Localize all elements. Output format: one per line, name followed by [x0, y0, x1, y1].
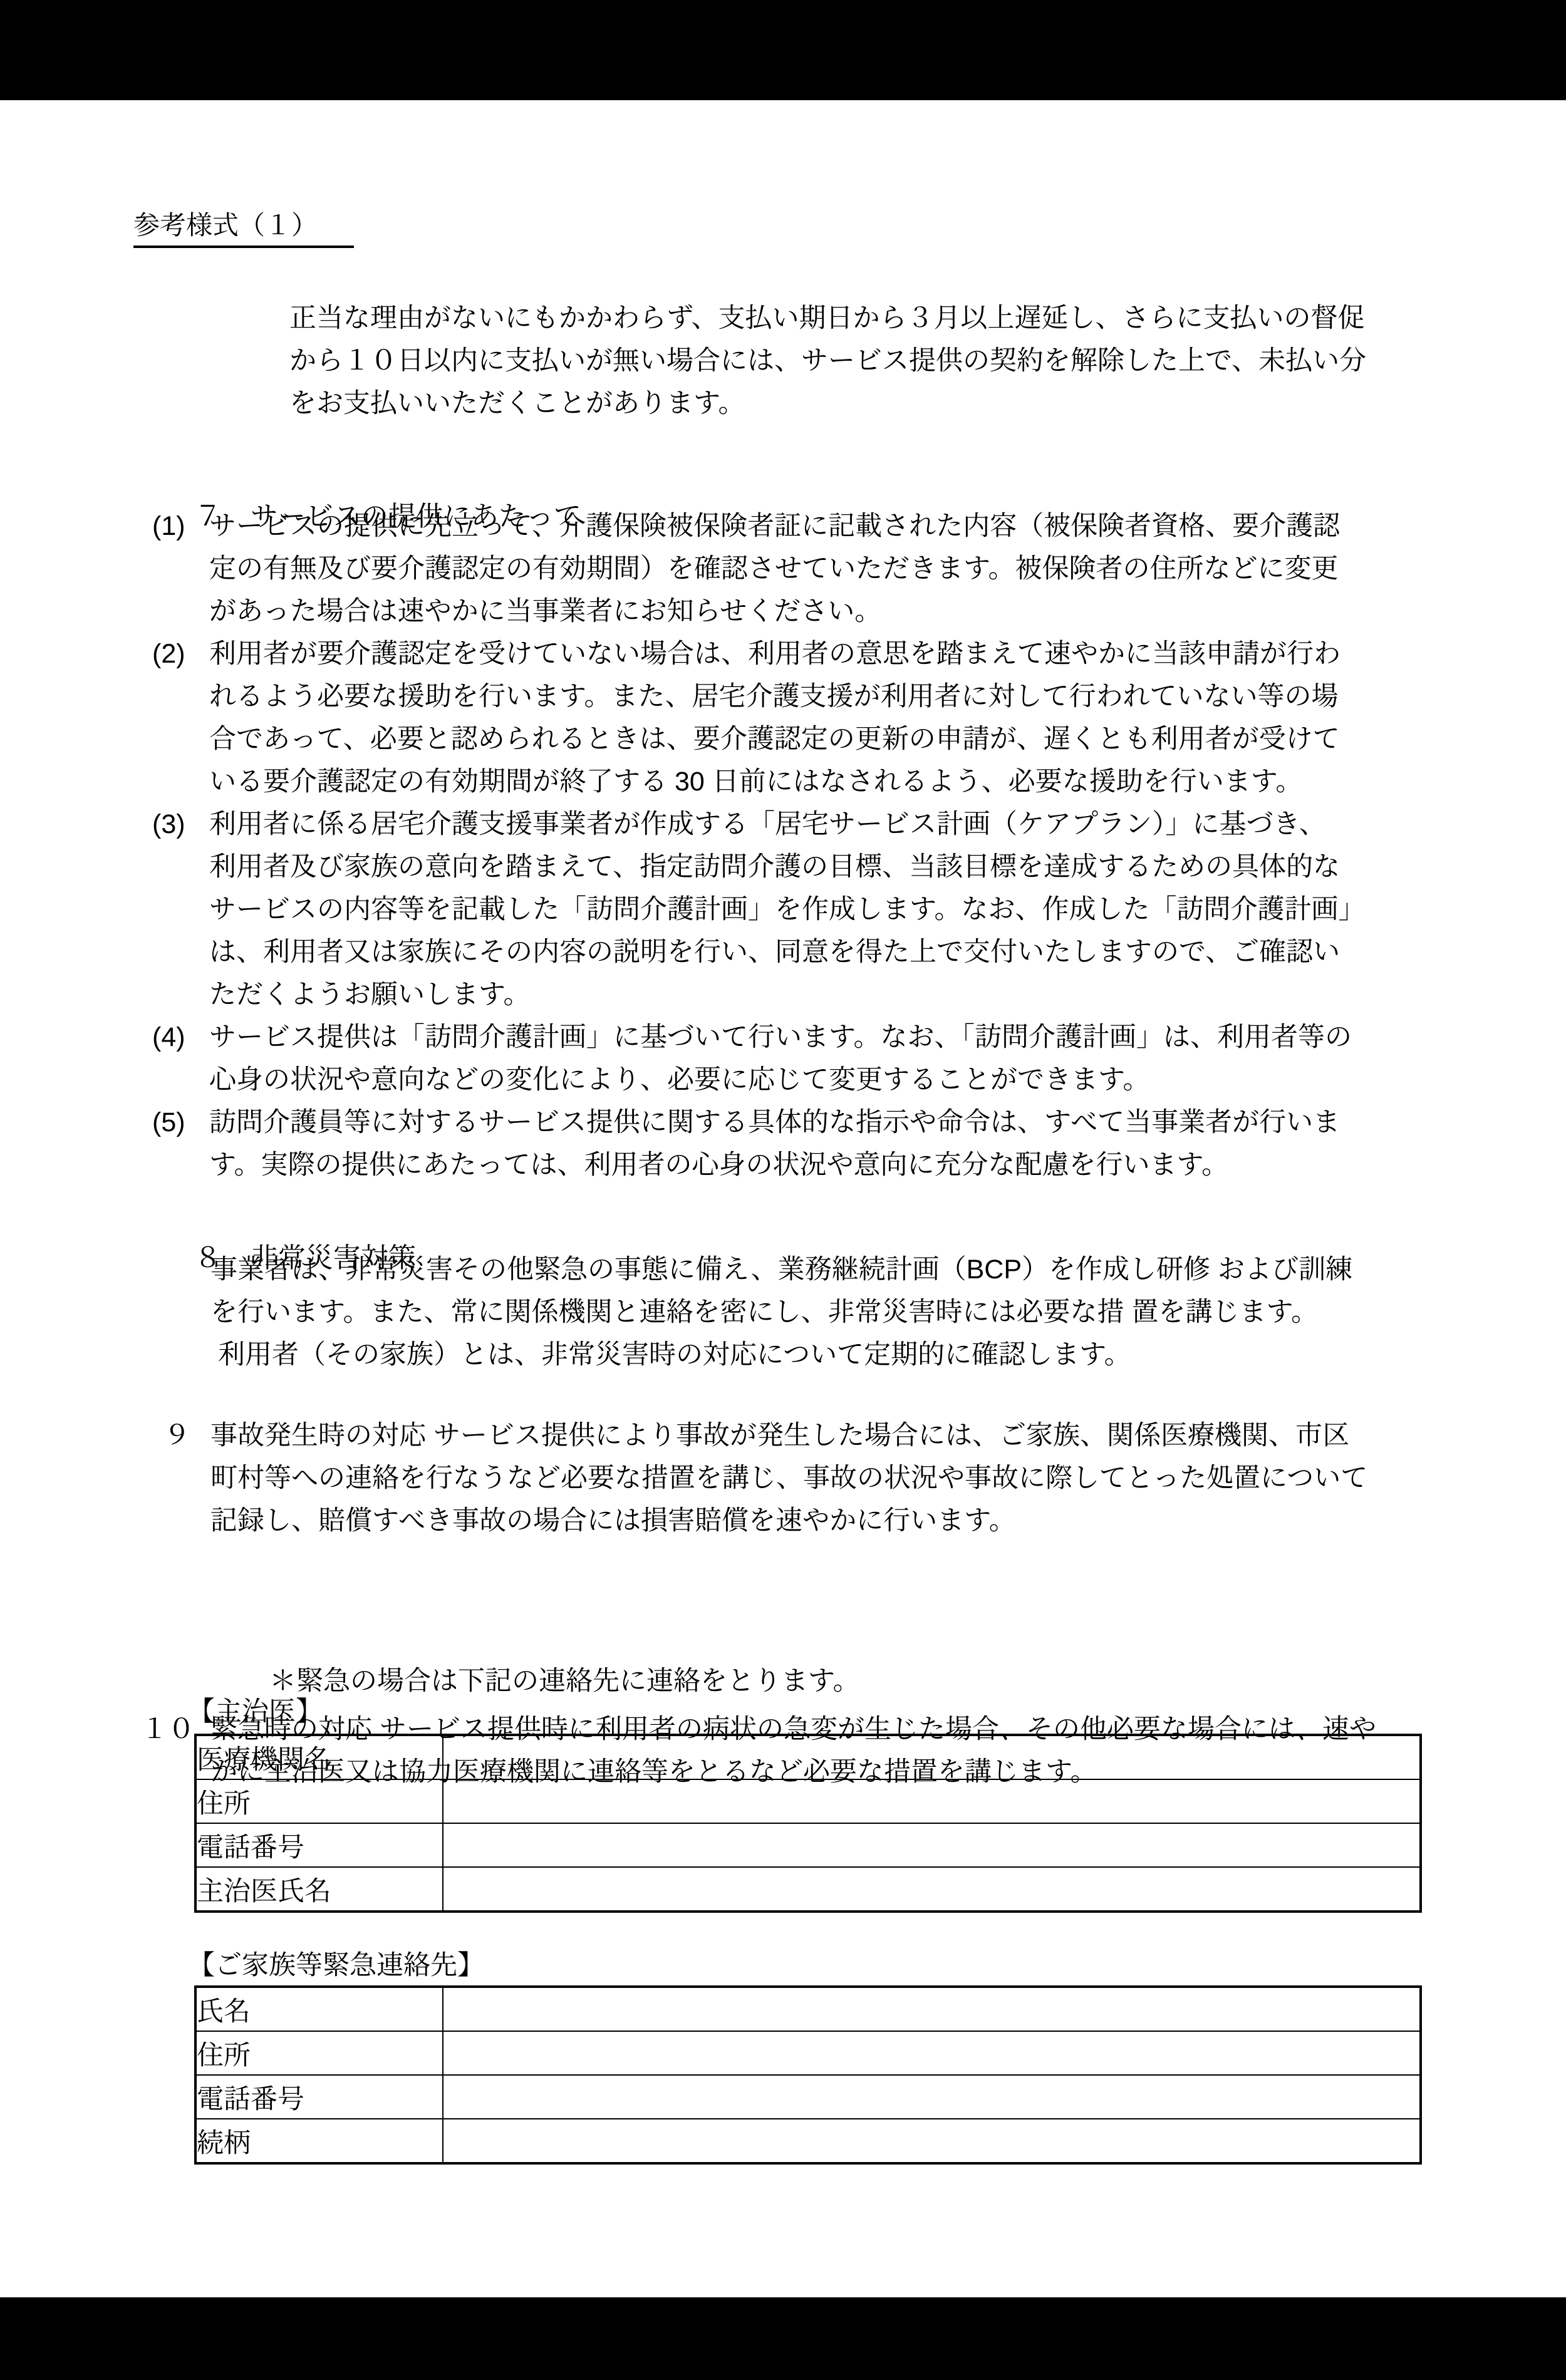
intro-paragraph: 正当な理由がないにもかかわらず、支払い期日から３月以上遅延し、さらに支払いの督促…	[289, 297, 1366, 425]
row-label: 電話番号	[195, 1823, 443, 1867]
row-label: 住所	[195, 2031, 443, 2075]
item-text: 訪問介護員等に対するサービス提供に関する具体的な指示や命令は、すべて当事業者が行…	[209, 1101, 1366, 1186]
section-7-items: (1) サービスの提供に先立って、介護保険被保険者証に記載された内容（被保険者資…	[152, 505, 1366, 1186]
item-number: (2)	[152, 633, 185, 675]
form-label: 参考様式（１）	[133, 209, 354, 248]
text-line: 利用者及び家族の意向を踏まえて、指定訪問介護の目標、当該目標を達成するための具体…	[209, 846, 1366, 888]
text-line: 利用者に係る居宅介護支援事業者が作成する「居宅サービス計画（ケアプラン）」に基づ…	[209, 803, 1366, 846]
text-line: 心身の状況や意向などの変化により、必要に応じて変更することができます。	[209, 1058, 1366, 1101]
text-line: は、利用者又は家族にその内容の説明を行い、同意を得た上で交付いたしますので、ご確…	[209, 931, 1366, 973]
row-value-cell[interactable]	[443, 1823, 1421, 1867]
item-number: (4)	[152, 1016, 185, 1058]
emergency-note: ＊緊急の場合は下記の連絡先に連絡をとります。	[269, 1660, 860, 1702]
table-row: 続柄	[195, 2119, 1421, 2163]
section-8-body: 事業者は、非常災害その他緊急の事態に備え、業務継続計画（BCP）を作成し研修 お…	[210, 1248, 1352, 1376]
row-label: 続柄	[195, 2119, 443, 2163]
section-9-paragraph: ９ 事故発生時の対応 サービス提供により事故が発生した場合には、ご家族、関係医療…	[163, 1414, 1566, 1542]
doctor-table-body: 医療機関名 住所 電話番号 主治医氏名	[195, 1735, 1421, 1912]
numbered-item: (1) サービスの提供に先立って、介護保険被保険者証に記載された内容（被保険者資…	[152, 505, 1366, 633]
numbered-item: (5) 訪問介護員等に対するサービス提供に関する具体的な指示や命令は、すべて当事…	[152, 1101, 1366, 1186]
text-line: ただくようお願いします。	[209, 973, 1366, 1016]
row-value-cell[interactable]	[443, 1735, 1421, 1779]
item-number: (5)	[152, 1101, 185, 1144]
text-line: をお支払いいただくことがあります。	[289, 382, 1366, 425]
text-line: サービスの内容等を記載した「訪問介護計画」を作成します。なお、作成した「訪問介護…	[209, 888, 1366, 931]
text-line: 事業者は、非常災害その他緊急の事態に備え、業務継続計画（BCP）を作成し研修 お…	[210, 1248, 1352, 1291]
item-text: 利用者に係る居宅介護支援事業者が作成する「居宅サービス計画（ケアプラン）」に基づ…	[209, 803, 1366, 1016]
text-line: サービス提供は「訪問介護計画」に基づいて行います。なお、「訪問介護計画」は、利用…	[209, 1016, 1366, 1058]
numbered-item: (2) 利用者が要介護認定を受けていない場合は、利用者の意思を踏まえて速やかに当…	[152, 633, 1366, 803]
section-9-text: 事故発生時の対応 サービス提供により事故が発生した場合には、ご家族、関係医療機関…	[163, 1414, 1566, 1542]
text-line: 町村等への連絡を行なうなど必要な措置を講じ、事故の状況や事故に際してとった処置に…	[210, 1457, 1566, 1499]
text-line: 事故発生時の対応 サービス提供により事故が発生した場合には、ご家族、関係医療機関…	[210, 1414, 1566, 1457]
document-page: 参考様式（１） 正当な理由がないにもかかわらず、支払い期日から３月以上遅延し、さ…	[0, 0, 1566, 2380]
table-row: 医療機関名	[195, 1735, 1421, 1779]
item-text: サービスの提供に先立って、介護保険被保険者証に記載された内容（被保険者資格、要介…	[209, 505, 1366, 633]
bottom-black-bar	[0, 2297, 1566, 2380]
row-value-cell[interactable]	[443, 1867, 1421, 1912]
row-value-cell[interactable]	[443, 1987, 1421, 2031]
doctor-table: 医療機関名 住所 電話番号 主治医氏名	[194, 1734, 1422, 1913]
table-row: 主治医氏名	[195, 1867, 1421, 1912]
row-label: 電話番号	[195, 2075, 443, 2119]
numbered-item: (4) サービス提供は「訪問介護計画」に基づいて行います。なお、「訪問介護計画」…	[152, 1016, 1366, 1101]
row-label: 主治医氏名	[195, 1867, 443, 1912]
text-line: す。実際の提供にあたっては、利用者の心身の状況や意向に充分な配慮を行います。	[209, 1144, 1366, 1186]
item-number: (1)	[152, 505, 185, 547]
text-line: 記録し、賠償すべき事故の場合には損害賠償を速やかに行います。	[210, 1499, 1566, 1542]
text-line: 合であって、必要と認められるときは、要介護認定の更新の申請が、遅くとも利用者が受…	[209, 718, 1366, 760]
top-black-bar	[0, 0, 1566, 100]
row-value-cell[interactable]	[443, 2119, 1421, 2163]
table-row: 氏名	[195, 1987, 1421, 2031]
text-line: 正当な理由がないにもかかわらず、支払い期日から３月以上遅延し、さらに支払いの督促	[289, 297, 1366, 339]
section-number: ９	[163, 1414, 190, 1457]
table-row: 電話番号	[195, 2075, 1421, 2119]
row-value-cell[interactable]	[443, 1779, 1421, 1823]
row-value-cell[interactable]	[443, 2075, 1421, 2119]
text-line: 利用者が要介護認定を受けていない場合は、利用者の意思を踏まえて速やかに当該申請が…	[209, 633, 1366, 675]
family-table-heading: 【ご家族等緊急連絡先】	[188, 1948, 484, 1983]
text-line: いる要介護認定の有効期間が終了する 30 日前にはなされるよう、必要な援助を行い…	[209, 760, 1366, 803]
text-line: れるよう必要な援助を行います。また、居宅介護支援が利用者に対して行われていない等…	[209, 675, 1366, 718]
row-label: 氏名	[195, 1987, 443, 2031]
item-number: (3)	[152, 803, 185, 846]
item-text: 利用者が要介護認定を受けていない場合は、利用者の意思を踏まえて速やかに当該申請が…	[209, 633, 1366, 803]
text-line: があった場合は速やかに当事業者にお知らせください。	[209, 590, 1366, 633]
row-label: 医療機関名	[195, 1735, 443, 1779]
family-table-body: 氏名 住所 電話番号 続柄	[195, 1987, 1421, 2163]
text-line: から１０日以内に支払いが無い場合には、サービス提供の契約を解除した上で、未払い分	[289, 339, 1366, 382]
family-table: 氏名 住所 電話番号 続柄	[194, 1985, 1422, 2165]
numbered-item: (3) 利用者に係る居宅介護支援事業者が作成する「居宅サービス計画（ケアプラン）…	[152, 803, 1366, 1016]
row-value-cell[interactable]	[443, 2031, 1421, 2075]
table-row: 電話番号	[195, 1823, 1421, 1867]
text-line: サービスの提供に先立って、介護保険被保険者証に記載された内容（被保険者資格、要介…	[209, 505, 1366, 547]
doctor-table-heading: 【主治医】	[188, 1694, 323, 1729]
section-number: １０	[141, 1708, 195, 1751]
table-row: 住所	[195, 2031, 1421, 2075]
text-line: 訪問介護員等に対するサービス提供に関する具体的な指示や命令は、すべて当事業者が行…	[209, 1101, 1366, 1144]
table-row: 住所	[195, 1779, 1421, 1823]
text-line: 利用者（その家族）とは、非常災害時の対応について定期的に確認します。	[210, 1333, 1352, 1376]
row-label: 住所	[195, 1779, 443, 1823]
text-line: を行います。また、常に関係機関と連絡を密にし、非常災害時には必要な措 置を講じま…	[210, 1291, 1352, 1333]
item-text: サービス提供は「訪問介護計画」に基づいて行います。なお、「訪問介護計画」は、利用…	[209, 1016, 1366, 1101]
text-line: 定の有無及び要介護認定の有効期間）を確認させていただきます。被保険者の住所などに…	[209, 547, 1366, 590]
